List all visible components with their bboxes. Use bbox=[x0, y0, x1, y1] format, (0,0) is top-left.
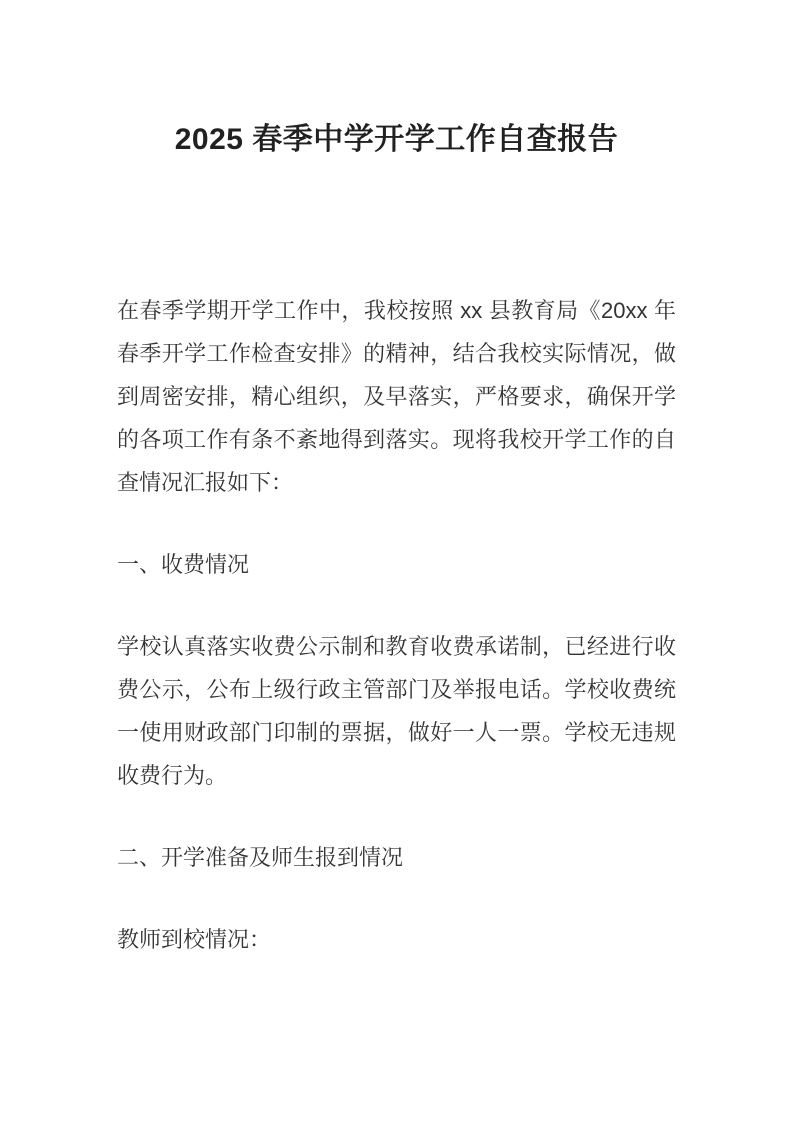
document-title: 2025 春季中学开学工作自查报告 bbox=[117, 122, 676, 158]
paragraph-fees-detail: 学校认真落实收费公示制和教育收费承诺制，已经进行收费公示，公布上级行政主管部门及… bbox=[117, 625, 676, 797]
paragraph-intro: 在春季学期开学工作中，我校按照 xx 县教育局《20xx 年春季开学工作检查安排… bbox=[117, 289, 676, 504]
document-page: 2025 春季中学开学工作自查报告 在春季学期开学工作中，我校按照 xx 县教育… bbox=[0, 0, 793, 1122]
paragraph-teacher-arrival: 教师到校情况： bbox=[117, 918, 676, 961]
section-heading-fees: 一、收费情况 bbox=[117, 543, 676, 586]
section-heading-preparation: 二、开学准备及师生报到情况 bbox=[117, 836, 676, 879]
